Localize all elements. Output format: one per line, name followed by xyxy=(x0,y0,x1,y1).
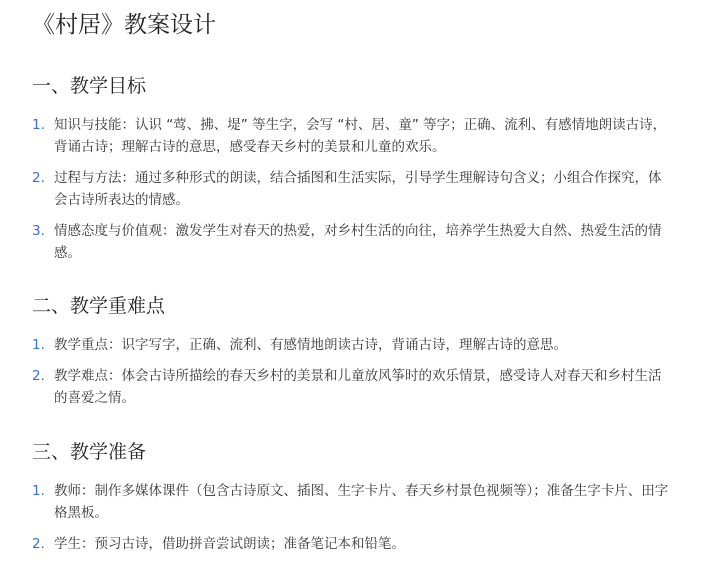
section-heading: 一、教学目标 xyxy=(32,72,672,100)
list-number: 2. xyxy=(32,167,45,189)
section-key-difficult-points: 二、教学重难点 1. 教学重点：识字写字，正确、流利、有感情地朗读古诗，背诵古诗… xyxy=(32,292,672,418)
list-number: 2. xyxy=(32,365,45,387)
document-title: 《村居》教案设计 xyxy=(32,8,216,42)
section-heading: 三、教学准备 xyxy=(32,438,672,466)
list-number: 1. xyxy=(32,334,45,356)
list-item: 2. 过程与方法：通过多种形式的朗读，结合插图和生活实际，引导学生理解诗句含义；… xyxy=(32,167,672,211)
list-item-text: 学生：预习古诗，借助拼音尝试朗读；准备笔记本和铅笔。 xyxy=(54,536,405,552)
list-item: 1. 教学重点：识字写字，正确、流利、有感情地朗读古诗，背诵古诗，理解古诗的意思… xyxy=(32,334,672,356)
list-item: 2. 教学难点：体会古诗所描绘的春天乡村的美景和儿童放风筝时的欢乐情景，感受诗人… xyxy=(32,365,672,409)
ordered-list: 1. 知识与技能：认识 “莺、拂、堤” 等生字，会写 “村、居、童” 等字；正确… xyxy=(32,114,672,264)
list-number: 3. xyxy=(32,220,45,242)
section-teaching-preparation: 三、教学准备 1. 教师：制作多媒体课件（包含古诗原文、插图、生字卡片、春天乡村… xyxy=(32,438,672,564)
list-number: 1. xyxy=(32,480,45,502)
list-item: 1. 教师：制作多媒体课件（包含古诗原文、插图、生字卡片、春天乡村景色视频等）；… xyxy=(32,480,672,524)
list-number: 2. xyxy=(32,533,45,555)
list-number: 1. xyxy=(32,114,45,136)
list-item: 2. 学生：预习古诗，借助拼音尝试朗读；准备笔记本和铅笔。 xyxy=(32,533,672,555)
list-item-text: 过程与方法：通过多种形式的朗读，结合插图和生活实际，引导学生理解诗句含义；小组合… xyxy=(54,170,662,208)
list-item: 1. 知识与技能：认识 “莺、拂、堤” 等生字，会写 “村、居、童” 等字；正确… xyxy=(32,114,672,158)
section-teaching-objectives: 一、教学目标 1. 知识与技能：认识 “莺、拂、堤” 等生字，会写 “村、居、童… xyxy=(32,72,672,273)
list-item: 3. 情感态度与价值观：激发学生对春天的热爱，对乡村生活的向往，培养学生热爱大自… xyxy=(32,220,672,264)
section-heading: 二、教学重难点 xyxy=(32,292,672,320)
list-item-text: 教学重点：识字写字，正确、流利、有感情地朗读古诗，背诵古诗，理解古诗的意思。 xyxy=(54,337,567,353)
list-item-text: 教学难点：体会古诗所描绘的春天乡村的美景和儿童放风筝时的欢乐情景，感受诗人对春天… xyxy=(54,368,662,406)
list-item-text: 知识与技能：认识 “莺、拂、堤” 等生字，会写 “村、居、童” 等字；正确、流利… xyxy=(54,117,666,155)
list-item-text: 情感态度与价值观：激发学生对春天的热爱，对乡村生活的向往，培养学生热爱大自然、热… xyxy=(54,223,662,261)
list-item-text: 教师：制作多媒体课件（包含古诗原文、插图、生字卡片、春天乡村景色视频等）；准备生… xyxy=(54,483,668,521)
ordered-list: 1. 教师：制作多媒体课件（包含古诗原文、插图、生字卡片、春天乡村景色视频等）；… xyxy=(32,480,672,555)
ordered-list: 1. 教学重点：识字写字，正确、流利、有感情地朗读古诗，背诵古诗，理解古诗的意思… xyxy=(32,334,672,409)
